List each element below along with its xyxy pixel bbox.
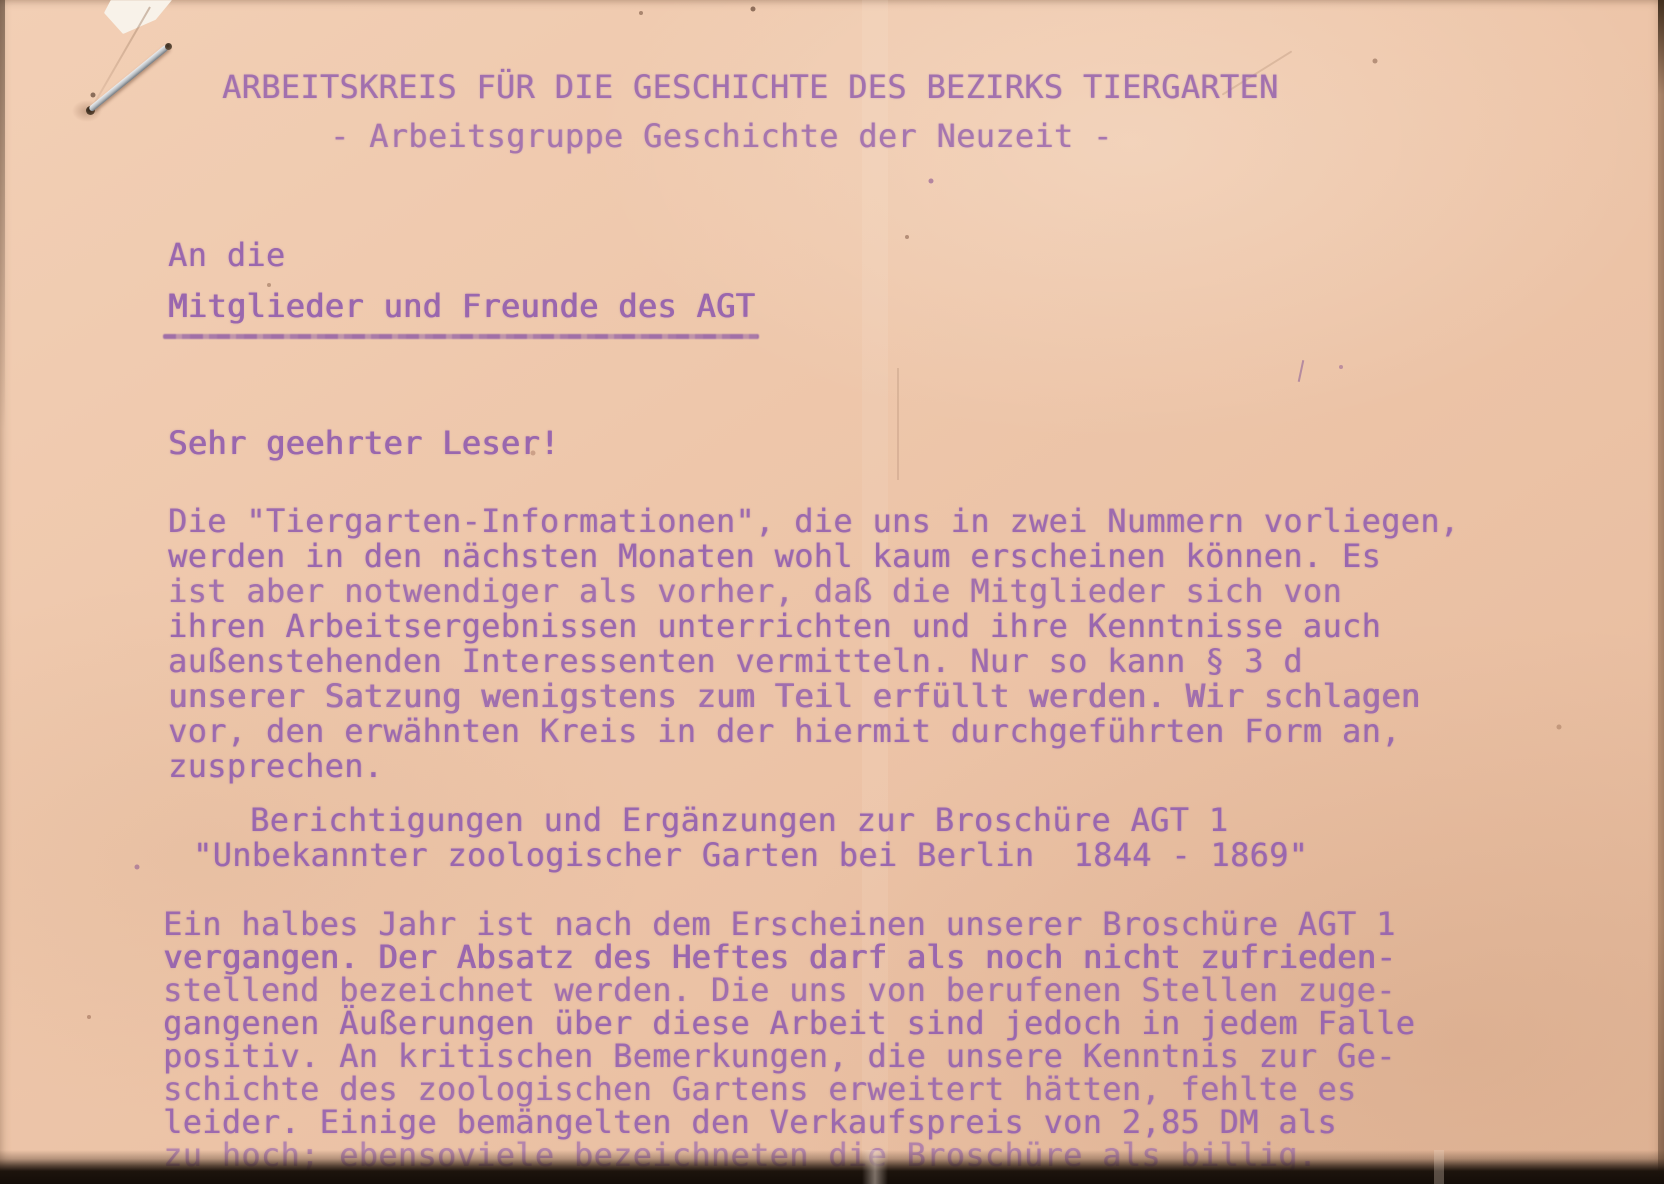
text-line: werden in den nächsten Monaten wohl kaum…: [168, 539, 1459, 574]
scan-edge-streak: [862, 1150, 888, 1184]
addressee-underline: [163, 334, 759, 339]
text-line: ist aber notwendiger als vorher, daß die…: [168, 574, 1459, 609]
paragraph-brochure-report: Ein halbes Jahr ist nach dem Erscheinen …: [163, 908, 1415, 1172]
text-line: außenstehenden Interessenten vermitteln.…: [168, 644, 1459, 679]
text-line: leider. Einige bemängelten den Verkaufsp…: [163, 1106, 1415, 1139]
text-line: Ein halbes Jahr ist nach dem Erscheinen …: [163, 908, 1415, 941]
salutation: Sehr geehrter Leser!: [168, 426, 559, 461]
page-left-edge: [0, 0, 5, 430]
staple: [86, 42, 206, 132]
text-line: Die "Tiergarten-Informationen", die uns …: [168, 504, 1459, 539]
text-line: vor, den erwähnten Kreis in der hiermit …: [168, 714, 1459, 749]
paper-crease: [897, 368, 899, 480]
section-heading-line1: Berichtigungen und Ergänzungen zur Brosc…: [250, 803, 1228, 838]
text-line: vergangen. Der Absatz des Heftes darf al…: [163, 941, 1415, 974]
staple-bar: [88, 44, 169, 112]
text-line: schichte des zoologischen Gartens erweit…: [163, 1073, 1415, 1106]
text-line: positiv. An kritischen Bemerkungen, die …: [163, 1040, 1415, 1073]
text-line: stellend bezeichnet werden. Die uns von …: [163, 974, 1415, 1007]
recipient-addressee: Mitglieder und Freunde des AGT: [168, 289, 755, 324]
section-heading-line2: "Unbekannter zoologischer Garten bei Ber…: [193, 838, 1308, 873]
recipient-intro: An die: [168, 238, 285, 273]
scan-dark-edge: [0, 1150, 1664, 1184]
organization-title: ARBEITSKREIS FÜR DIE GESCHICHTE DES BEZI…: [222, 70, 1279, 105]
text-line: zusprechen.: [168, 749, 1459, 784]
scan-edge-streak: [1434, 1150, 1444, 1184]
text-line: unserer Satzung wenigstens zum Teil erfü…: [168, 679, 1459, 714]
text-line: ihren Arbeitsergebnissen unterrichten un…: [168, 609, 1459, 644]
organization-subtitle: - Arbeitsgruppe Geschichte der Neuzeit -: [330, 119, 1113, 154]
text-line: gangenen Äußerungen über diese Arbeit si…: [163, 1007, 1415, 1040]
scanned-letter-page: ARBEITSKREIS FÜR DIE GESCHICHTE DES BEZI…: [0, 0, 1664, 1184]
page-right-edge: [1658, 0, 1664, 1184]
dust-specks: [0, 0, 2, 2]
ink-mark: [1298, 360, 1305, 382]
staple-hole: [165, 43, 172, 50]
paragraph-introduction: Die "Tiergarten-Informationen", die uns …: [168, 504, 1459, 784]
